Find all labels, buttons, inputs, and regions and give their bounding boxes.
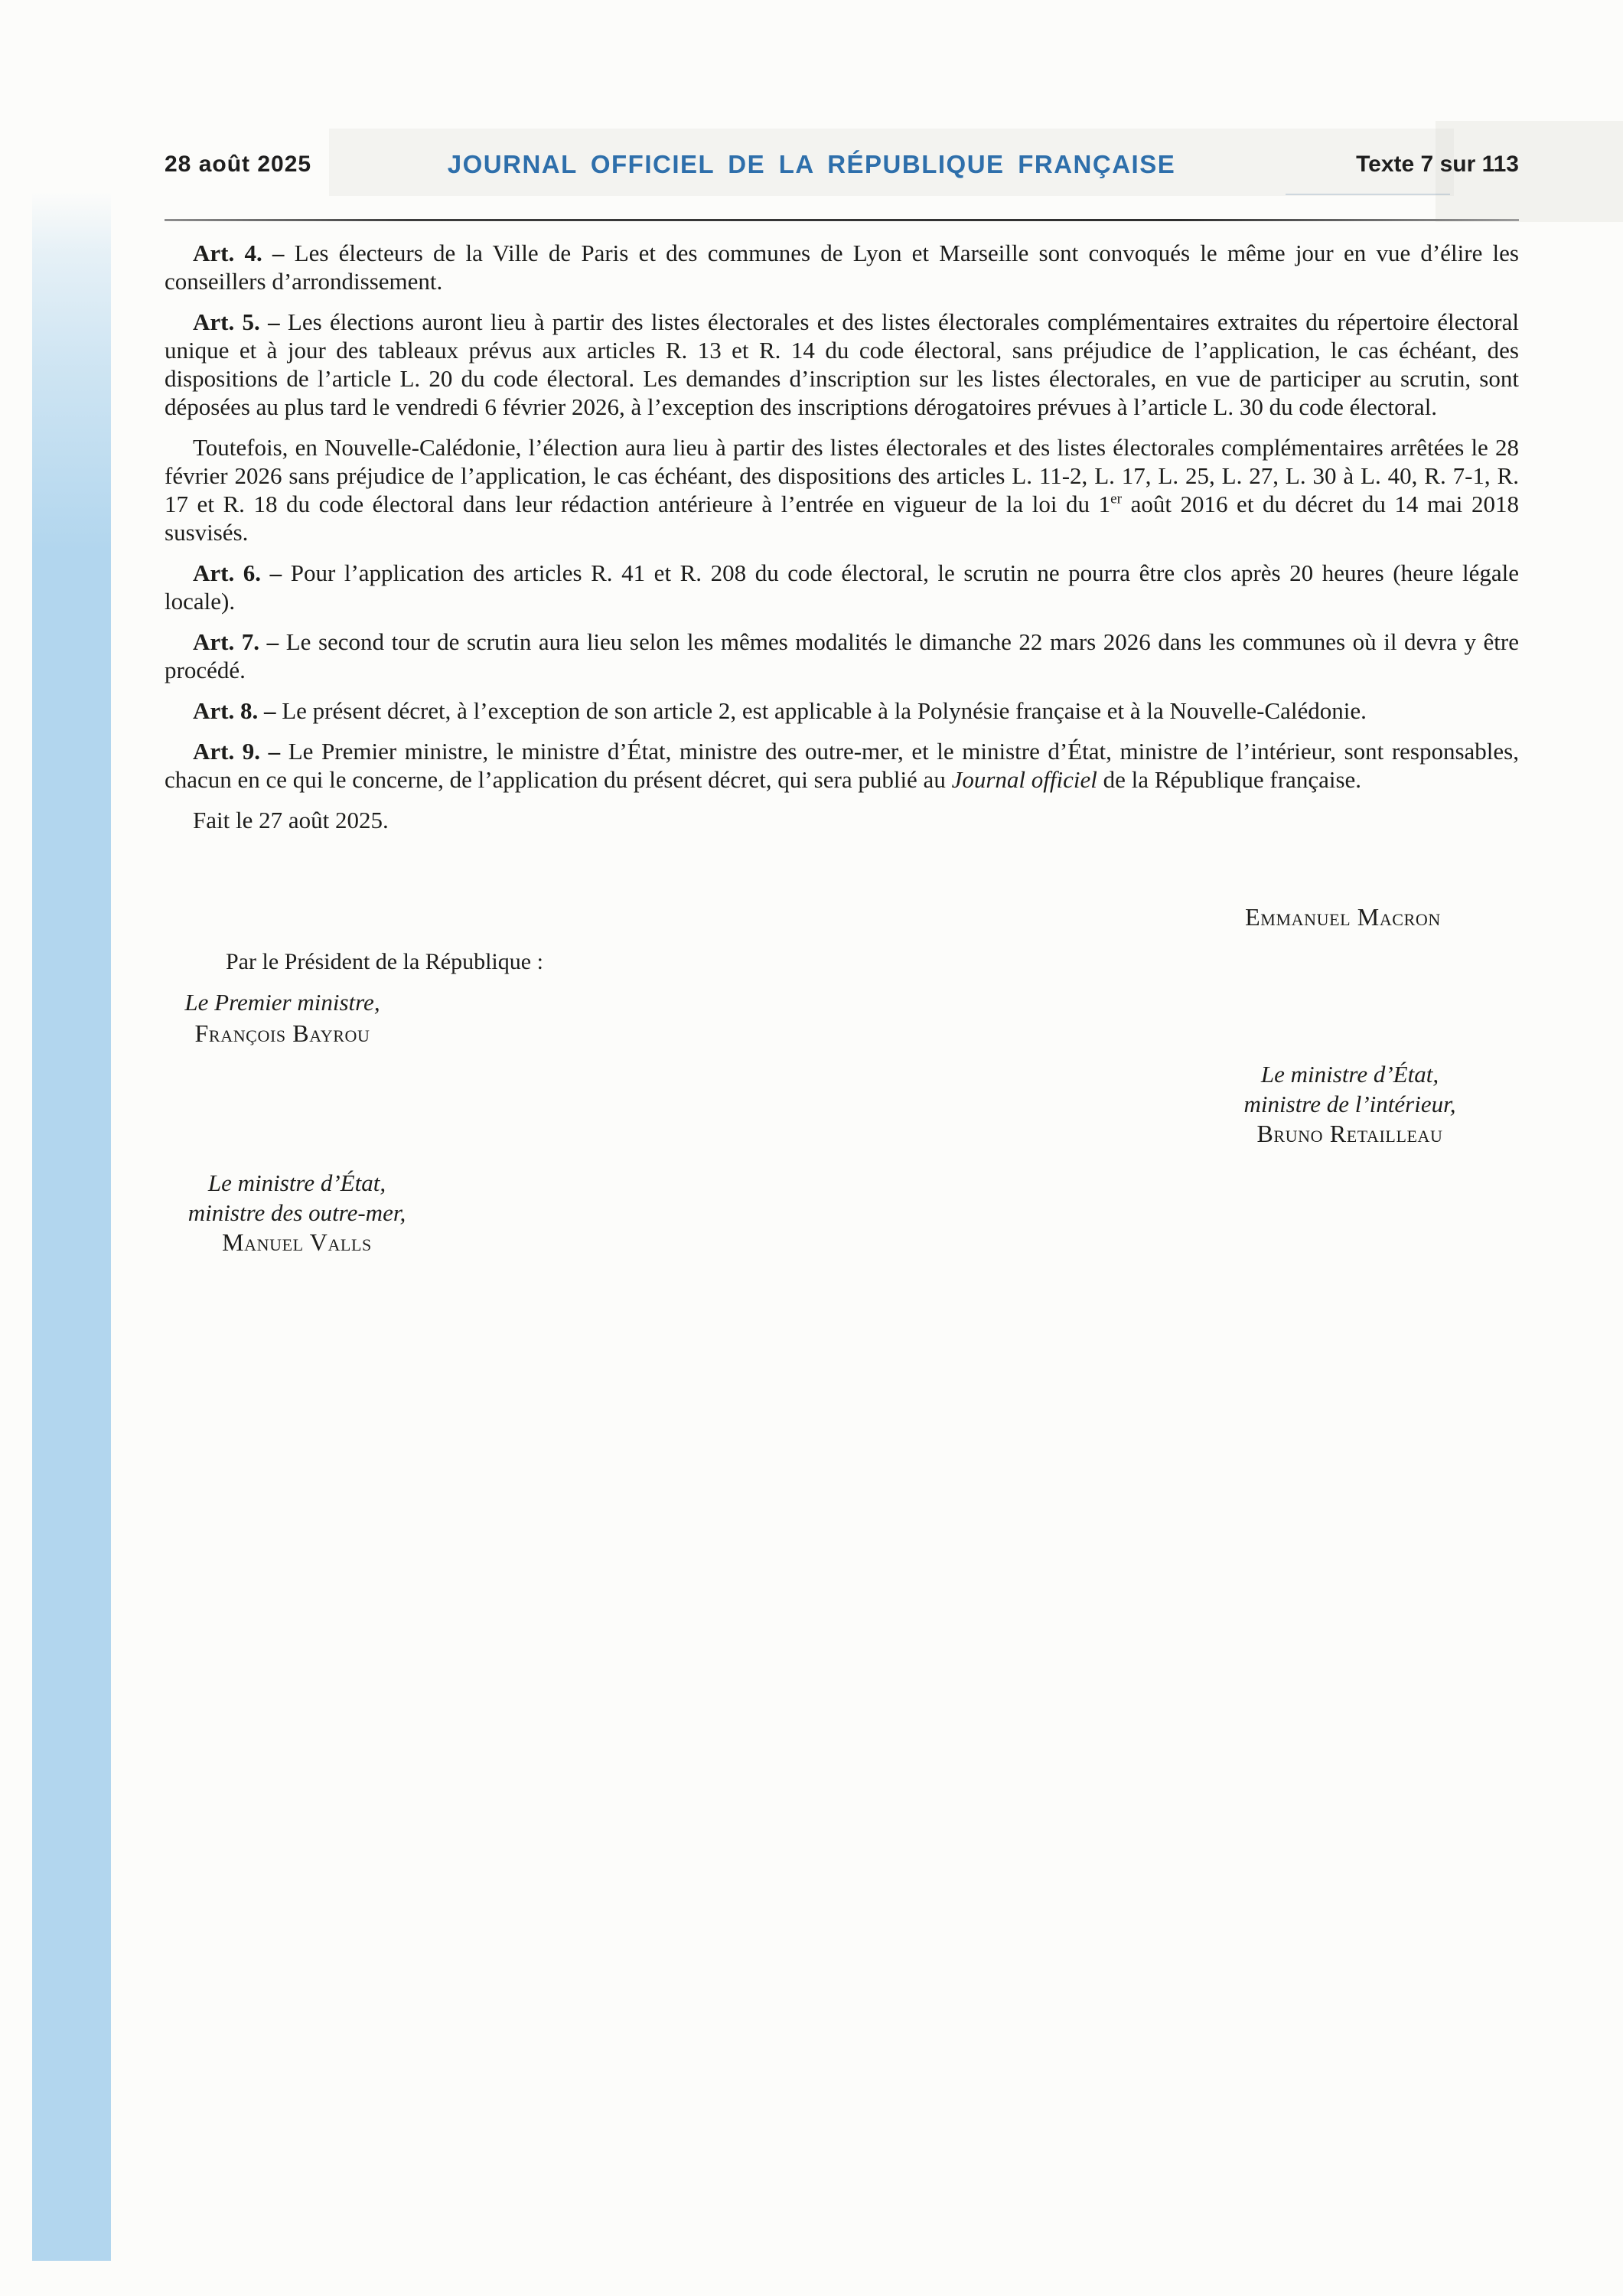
- interior-minister-signature-block: Le ministre d’État, ministre de l’intéri…: [1215, 1059, 1484, 1149]
- president-name: Emmanuel Macron: [1245, 903, 1441, 931]
- journal-officiel-page: 28 août 2025 JOURNAL OFFICIEL DE LA RÉPU…: [0, 0, 1623, 2296]
- article-9-paragraph: Art. 9. – Le Premier ministre, le minist…: [165, 737, 1519, 794]
- article-6-text: Pour l’application des articles R. 41 et…: [165, 559, 1519, 615]
- article-4-label: Art. 4. –: [193, 240, 284, 266]
- article-7-paragraph: Art. 7. – Le second tour de scrutin aura…: [165, 628, 1519, 684]
- fait-text: Fait le 27 août 2025.: [193, 807, 389, 833]
- scan-smudge-line: [1286, 194, 1450, 195]
- article-5-text: Les élections auront lieu à partir des l…: [165, 308, 1519, 420]
- interior-minister-name: Bruno Retailleau: [1215, 1119, 1484, 1149]
- journal-title: JOURNAL OFFICIEL DE LA RÉPUBLIQUE FRANÇA…: [448, 150, 1175, 179]
- article-8-text: Le présent décret, à l’exception de son …: [275, 697, 1366, 724]
- article-8-paragraph: Art. 8. – Le présent décret, à l’excepti…: [165, 696, 1519, 725]
- outremer-title-line2: ministre des outre-mer,: [161, 1198, 433, 1228]
- pm-title: Le Premier ministre,: [163, 987, 402, 1018]
- article-5-toutefois-paragraph: Toutefois, en Nouvelle-Calédonie, l’élec…: [165, 433, 1519, 546]
- article-9-label: Art. 9. –: [193, 738, 280, 765]
- article-8-label: Art. 8. –: [193, 697, 275, 724]
- president-signature: Emmanuel Macron: [1182, 903, 1504, 931]
- header-date: 28 août 2025: [165, 152, 311, 178]
- article-4-paragraph: Art. 4. – Les électeurs de la Ville de P…: [165, 239, 1519, 295]
- article-6-label: Art. 6. –: [193, 559, 282, 586]
- outremer-minister-name: Manuel Valls: [161, 1228, 433, 1257]
- article-5-paragraph: Art. 5. – Les élections auront lieu à pa…: [165, 308, 1519, 421]
- interior-title-line1: Le ministre d’État,: [1215, 1059, 1484, 1089]
- article-7-text: Le second tour de scrutin aura lieu selo…: [165, 628, 1519, 683]
- header-rule: [165, 219, 1519, 221]
- article-4-text: Les électeurs de la Ville de Paris et de…: [165, 240, 1519, 295]
- header-text-ref: Texte 7 sur 113: [1356, 152, 1519, 178]
- article-5-label: Art. 5. –: [193, 308, 280, 335]
- fait-line: Fait le 27 août 2025.: [165, 806, 1519, 834]
- journal-officiel-italic: Journal officiel: [952, 766, 1097, 793]
- pm-name: François Bayrou: [163, 1018, 402, 1049]
- outremer-title-line1: Le ministre d’État,: [161, 1168, 433, 1198]
- outremer-minister-signature-block: Le ministre d’État, ministre des outre-m…: [161, 1168, 433, 1257]
- decree-body: Art. 4. – Les électeurs de la Ville de P…: [165, 239, 1519, 846]
- article-6-paragraph: Art. 6. – Pour l’application des article…: [165, 559, 1519, 615]
- left-margin-stripe: [32, 191, 111, 2261]
- article-9-text-after: de la République française.: [1097, 766, 1361, 793]
- prime-minister-signature-block: Le Premier ministre, François Bayrou: [163, 987, 402, 1049]
- superscript-er: er: [1110, 491, 1122, 507]
- article-7-label: Art. 7. –: [193, 628, 279, 655]
- interior-title-line2: ministre de l’intérieur,: [1215, 1089, 1484, 1119]
- signature-intro: Par le Président de la République :: [226, 949, 543, 975]
